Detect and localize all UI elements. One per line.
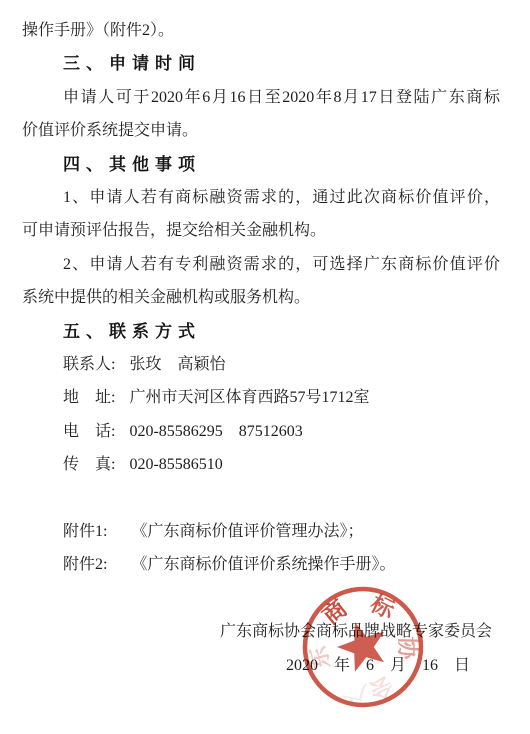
- contact-value: 广州市天河区体育西路57号1712室: [129, 389, 369, 406]
- contact-label: 传 真:: [63, 456, 115, 473]
- contact-value: 张玫 高颖怡: [129, 356, 225, 373]
- signature-organization: 广东商标协会商标品牌战略专家委员会: [22, 615, 492, 648]
- spacer: [22, 582, 500, 615]
- signature-date: 2020 年 6 月 16 日: [22, 649, 470, 682]
- contact-label: 地 址:: [63, 389, 115, 406]
- contact-row-fax: 传 真:020-85586510: [22, 448, 500, 481]
- contact-value: 020-85586510: [129, 456, 222, 473]
- other-item-2-line: 系统中提供的相关金融机构或服务机构。: [22, 281, 500, 314]
- attachment-label: 附件2:: [63, 556, 107, 573]
- contact-row-person: 联系人:张玫 高颖怡: [22, 348, 500, 381]
- attachment-label: 附件1:: [63, 523, 107, 540]
- contact-row-phone: 电 话:020-85586295 87512603: [22, 415, 500, 448]
- contact-label: 联系人:: [63, 356, 115, 373]
- document-page: 操作手册》（附件2）。 三、申请时间 申请人可于2020年6月16日至2020年…: [0, 0, 530, 734]
- heading-apply-time: 三、申请时间: [22, 47, 500, 80]
- contact-value: 020-85586295 87512603: [129, 423, 302, 440]
- attachment-row-1: 附件1:《广东商标价值评价管理办法》；: [22, 515, 500, 548]
- apply-time-paragraph-line: 价值评价系统提交申请。: [22, 114, 500, 147]
- apply-time-paragraph-line: 申请人可于2020年6月16日至2020年8月17日登陆广东商标: [22, 81, 500, 114]
- spacer: [22, 482, 500, 515]
- heading-contact-info: 五、联系方式: [22, 315, 500, 348]
- contact-row-address: 地 址:广州市天河区体育西路57号1712室: [22, 381, 500, 414]
- attachment-title: 《广东商标价值评价系统操作手册》。: [131, 556, 395, 573]
- heading-other-items: 四、其他事项: [22, 148, 500, 181]
- intro-continuation-line: 操作手册》（附件2）。: [22, 14, 500, 47]
- other-item-1-line: 可申请预评估报告，提交给相关金融机构。: [22, 214, 500, 247]
- other-item-2-line: 2、申请人若有专利融资需求的，可选择广东商标价值评价: [22, 248, 500, 281]
- other-item-1-line: 1、申请人若有商标融资需求的，通过此次商标价值评价，: [22, 181, 500, 214]
- contact-label: 电 话:: [63, 423, 115, 440]
- attachment-row-2: 附件2:《广东商标价值评价系统操作手册》。: [22, 548, 500, 581]
- attachment-title: 《广东商标价值评价管理办法》；: [131, 523, 363, 540]
